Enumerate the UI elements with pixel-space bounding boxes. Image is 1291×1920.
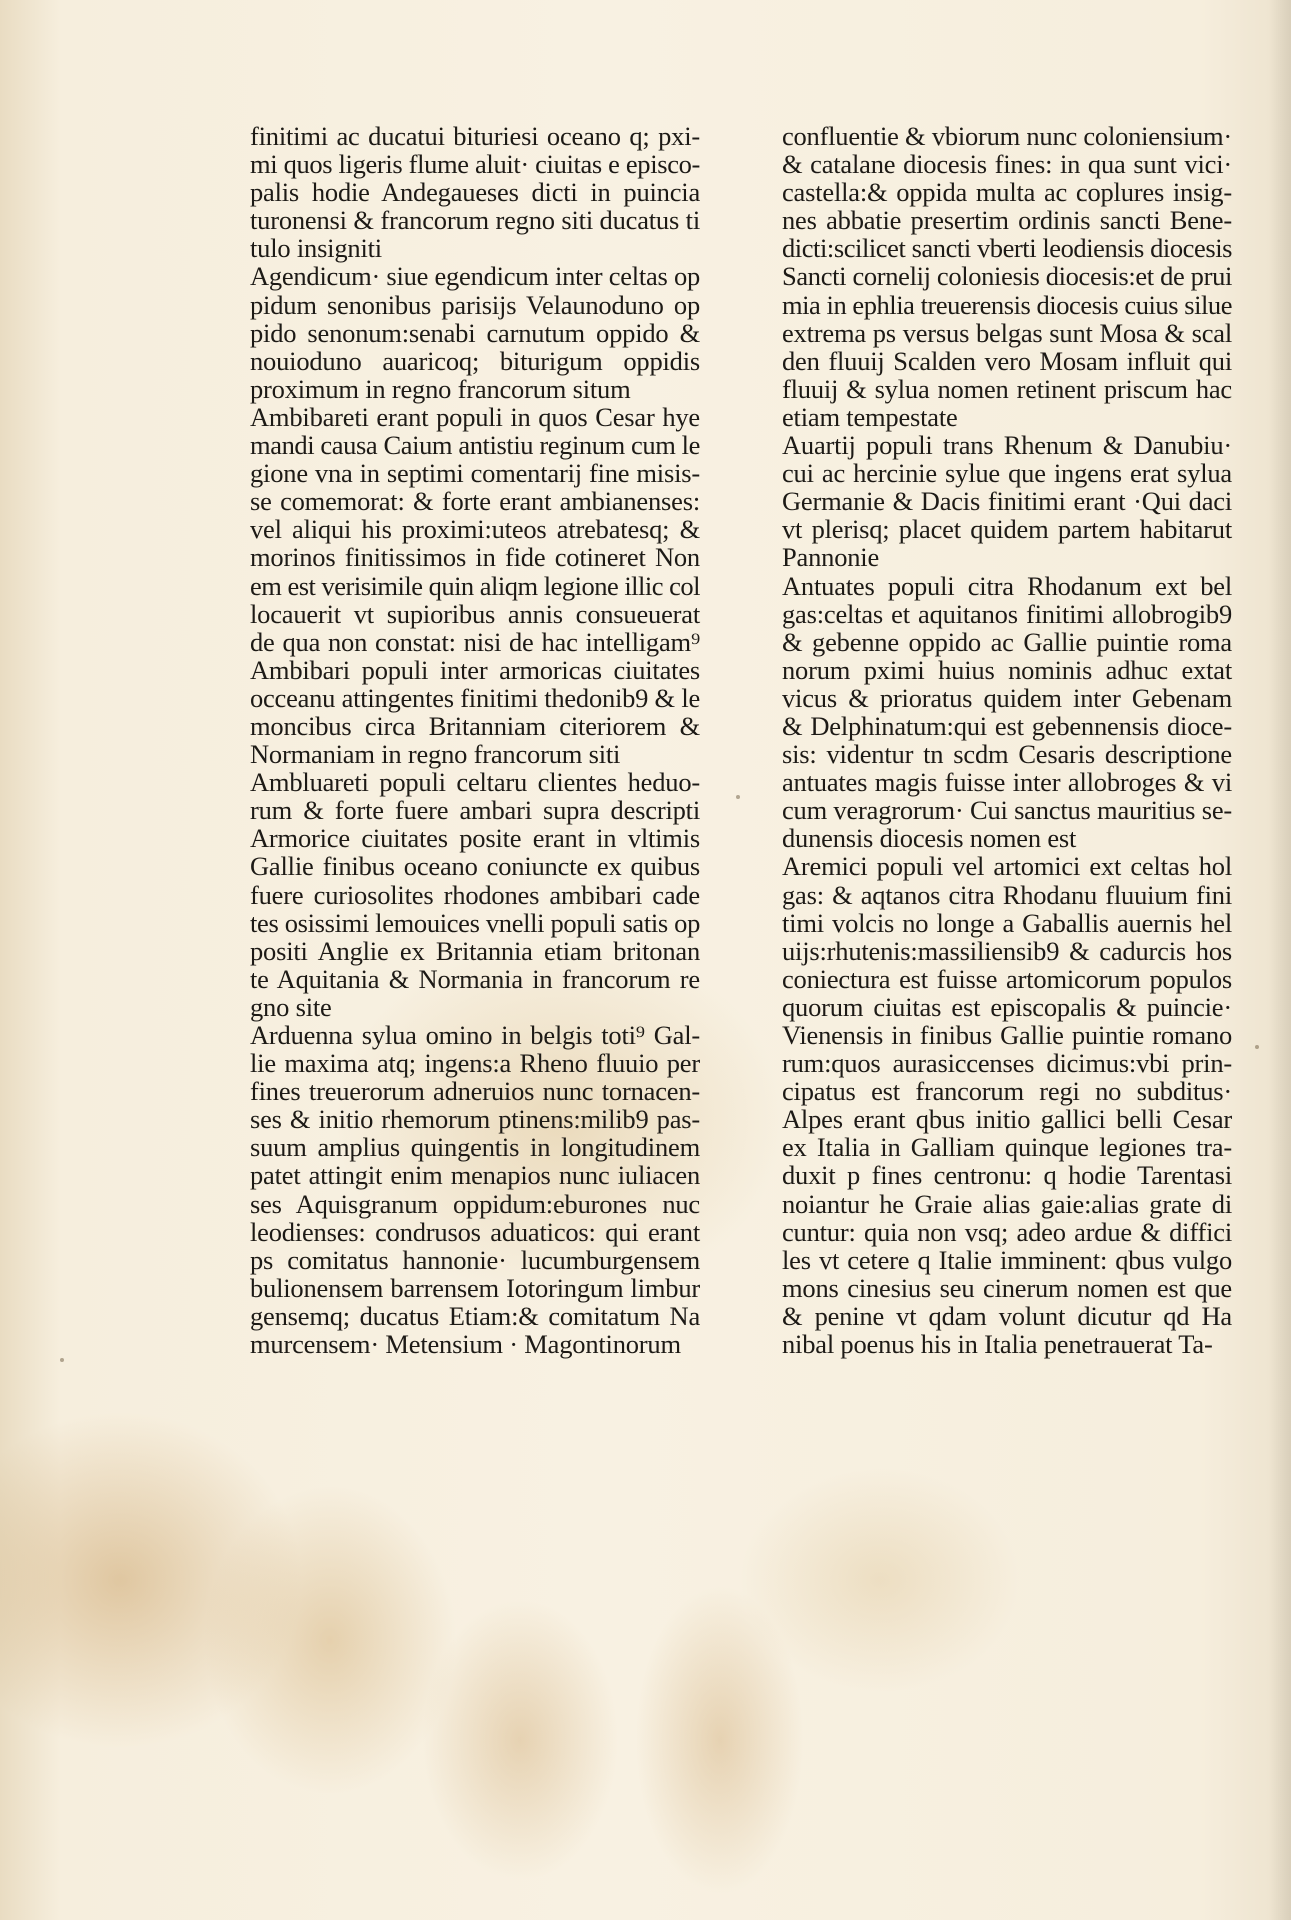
text-line: suum amplius quingentis in longitudinem <box>250 1133 700 1161</box>
text-line: duxit p fines centronu: q hodie Tarentas… <box>782 1161 1232 1189</box>
text-line: positi Anglie ex Britannia etiam britona… <box>250 937 700 965</box>
text-line: fluuij & sylua nomen retinent priscum ha… <box>782 375 1232 403</box>
text-line: patet attingit enim menapios nunc iuliac… <box>250 1161 700 1189</box>
text-line: cuntur: quia non vsq; adeo ardue & diffi… <box>782 1218 1232 1246</box>
right-text-column: confluentie & vbiorum nunc coloniensium·… <box>782 122 1232 1358</box>
text-line: tulo insigniti <box>250 234 700 262</box>
text-line: turonensi & francorum regno siti ducatus… <box>250 206 700 234</box>
text-line: Vienensis in finibus Gallie puintie roma… <box>782 1021 1232 1049</box>
ink-speck <box>60 1358 64 1362</box>
text-line: cipatus est francorum regi no subditus· <box>782 1077 1232 1105</box>
text-line: locauerit vt supioribus annis consueuera… <box>250 600 700 628</box>
text-line: noiantur he Graie alias gaie:alias grate… <box>782 1190 1232 1218</box>
text-line: gensemq; ducatus Etiam:& comitatum Na <box>250 1302 700 1330</box>
text-line: occeanu attingentes finitimi thedonib9 &… <box>250 684 700 712</box>
text-line: timi volcis no longe a Gaballis auernis … <box>782 909 1232 937</box>
text-line: proximum in regno francorum situm <box>250 375 700 403</box>
text-line: & penine vt qdam volunt dicutur qd Ha <box>782 1302 1232 1330</box>
text-line: dicti:scilicet sancti vberti leodiensis … <box>782 234 1232 262</box>
text-line: nouioduno auaricoq; biturigum oppidis <box>250 347 700 375</box>
text-line: se comemorat: & forte erant ambianenses: <box>250 487 700 515</box>
text-line: tes osissimi lemouices vnelli populi sat… <box>250 909 700 937</box>
text-line: Ambibari populi inter armoricas ciuitate… <box>250 656 700 684</box>
text-line: coniectura est fuisse artomicorum populo… <box>782 965 1232 993</box>
text-line: Agendicum· siue egendicum inter celtas o… <box>250 262 700 290</box>
text-line: etiam tempestate <box>782 403 1232 431</box>
scanned-incunabulum-page: finitimi ac ducatui bituriesi oceano q; … <box>0 0 1291 1920</box>
text-line: Sancti cornelij coloniesis diocesis:et d… <box>782 262 1232 290</box>
text-line: Pannonie <box>782 543 1232 571</box>
text-line: les vt cetere q Italie imminent: qbus vu… <box>782 1246 1232 1274</box>
text-line: & gebenne oppido ac Gallie puintie roma <box>782 628 1232 656</box>
text-line: gno site <box>250 993 700 1021</box>
text-line: rum & forte fuere ambari supra descripti <box>250 796 700 824</box>
text-line: cum veragrorum· Cui sanctus mauritius se… <box>782 796 1232 824</box>
text-line: mandi causa Caium antistiu reginum cum l… <box>250 431 700 459</box>
text-line: confluentie & vbiorum nunc coloniensium· <box>782 122 1232 150</box>
text-line: pidum senonibus parisijs Velaunoduno op <box>250 291 700 319</box>
text-line: pido senonum:senabi carnutum oppido & <box>250 319 700 347</box>
text-line: finitimi ac ducatui bituriesi oceano q; … <box>250 122 700 150</box>
text-line: fuere curiosolites rhodones ambibari cad… <box>250 881 700 909</box>
text-line: Normaniam in regno francorum siti <box>250 740 700 768</box>
text-line: de qua non constat: nisi de hac intellig… <box>250 628 700 656</box>
text-line: Antuates populi citra Rhodanum ext bel <box>782 572 1232 600</box>
ink-speck <box>736 795 740 799</box>
text-line: ses & initio rhemorum ptinens:milib9 pas… <box>250 1105 700 1133</box>
text-line: mons cinesius seu cinerum nomen est que <box>782 1274 1232 1302</box>
text-line: cui ac hercinie sylue que ingens erat sy… <box>782 459 1232 487</box>
text-line: gas:celtas et aquitanos finitimi allobro… <box>782 600 1232 628</box>
text-line: fines treuerorum adneruios nunc tornacen… <box>250 1077 700 1105</box>
text-line: moncibus circa Britanniam citeriorem & <box>250 712 700 740</box>
text-line: murcensem· Metensium · Magontinorum <box>250 1330 700 1358</box>
text-line: Alpes erant qbus initio gallici belli Ce… <box>782 1105 1232 1133</box>
text-line: sis: videntur tn scdm Cesaris descriptio… <box>782 740 1232 768</box>
text-line: Ambibareti erant populi in quos Cesar hy… <box>250 403 700 431</box>
text-line: vicus & prioratus quidem inter Gebenam <box>782 684 1232 712</box>
text-line: Aremici populi vel artomici ext celtas h… <box>782 852 1232 880</box>
text-line: nes abbatie presertim ordinis sancti Ben… <box>782 206 1232 234</box>
text-line: Gallie finibus oceano coniuncte ex quibu… <box>250 852 700 880</box>
text-line: Germanie & Dacis finitimi erant ·Qui dac… <box>782 487 1232 515</box>
text-line: rum:quos aurasiccenses dicimus:vbi prin- <box>782 1049 1232 1077</box>
text-line: gas: & aqtanos citra Rhodanu fluuium fin… <box>782 881 1232 909</box>
text-line: dunensis diocesis nomen est <box>782 824 1232 852</box>
text-line: bulionensem barrensem Iotoringum limbur <box>250 1274 700 1302</box>
text-line: Ambluareti populi celtaru clientes heduo… <box>250 768 700 796</box>
text-line: leodienses: condrusos aduaticos: qui era… <box>250 1218 700 1246</box>
text-line: Arduenna sylua omino in belgis toti⁹ Gal… <box>250 1021 700 1049</box>
text-line: morinos finitissimos in fide cotineret N… <box>250 543 700 571</box>
text-line: gione vna in septimi comentarij fine mis… <box>250 459 700 487</box>
text-line: nibal poenus his in Italia penetrauerat … <box>782 1330 1232 1358</box>
left-text-column: finitimi ac ducatui bituriesi oceano q; … <box>250 122 700 1358</box>
text-line: extrema ps versus belgas sunt Mosa & sca… <box>782 319 1232 347</box>
text-line: ex Italia in Galliam quinque legiones tr… <box>782 1133 1232 1161</box>
text-line: quorum ciuitas est episcopalis & puincie… <box>782 993 1232 1021</box>
text-line: vel aliqui his proximi:uteos atrebatesq;… <box>250 515 700 543</box>
text-line: antuates magis fuisse inter allobroges &… <box>782 768 1232 796</box>
text-line: ses Aquisgranum oppidum:eburones nuc <box>250 1190 700 1218</box>
text-line: mia in ephlia treuerensis diocesis cuius… <box>782 291 1232 319</box>
text-line: den fluuij Scalden vero Mosam influit qu… <box>782 347 1232 375</box>
text-line: castella:& oppida multa ac coplures insi… <box>782 178 1232 206</box>
text-line: Auartij populi trans Rhenum & Danubiu· <box>782 431 1232 459</box>
text-line: vt plerisq; placet quidem partem habitar… <box>782 515 1232 543</box>
text-line: ps comitatus hannonie· lucumburgensem <box>250 1246 700 1274</box>
text-line: & Delphinatum:qui est gebennensis dioce- <box>782 712 1232 740</box>
ink-speck <box>1255 1045 1259 1049</box>
text-line: te Aquitania & Normania in francorum re <box>250 965 700 993</box>
text-line: em est verisimile quin aliqm legione ill… <box>250 572 700 600</box>
page-edge-shadow <box>1269 0 1291 1920</box>
text-line: Armorice ciuitates posite erant in vltim… <box>250 824 700 852</box>
text-line: palis hodie Andegaueses dicti in puincia <box>250 178 700 206</box>
text-line: norum pximi huius nominis adhuc extat <box>782 656 1232 684</box>
text-line: uijs:rhutenis:massiliensib9 & cadurcis h… <box>782 937 1232 965</box>
text-line: & catalane diocesis fines: in qua sunt v… <box>782 150 1232 178</box>
text-line: mi quos ligeris flume aluit· ciuitas e e… <box>250 150 700 178</box>
text-line: lie maxima atq; ingens:a Rheno fluuio pe… <box>250 1049 700 1077</box>
